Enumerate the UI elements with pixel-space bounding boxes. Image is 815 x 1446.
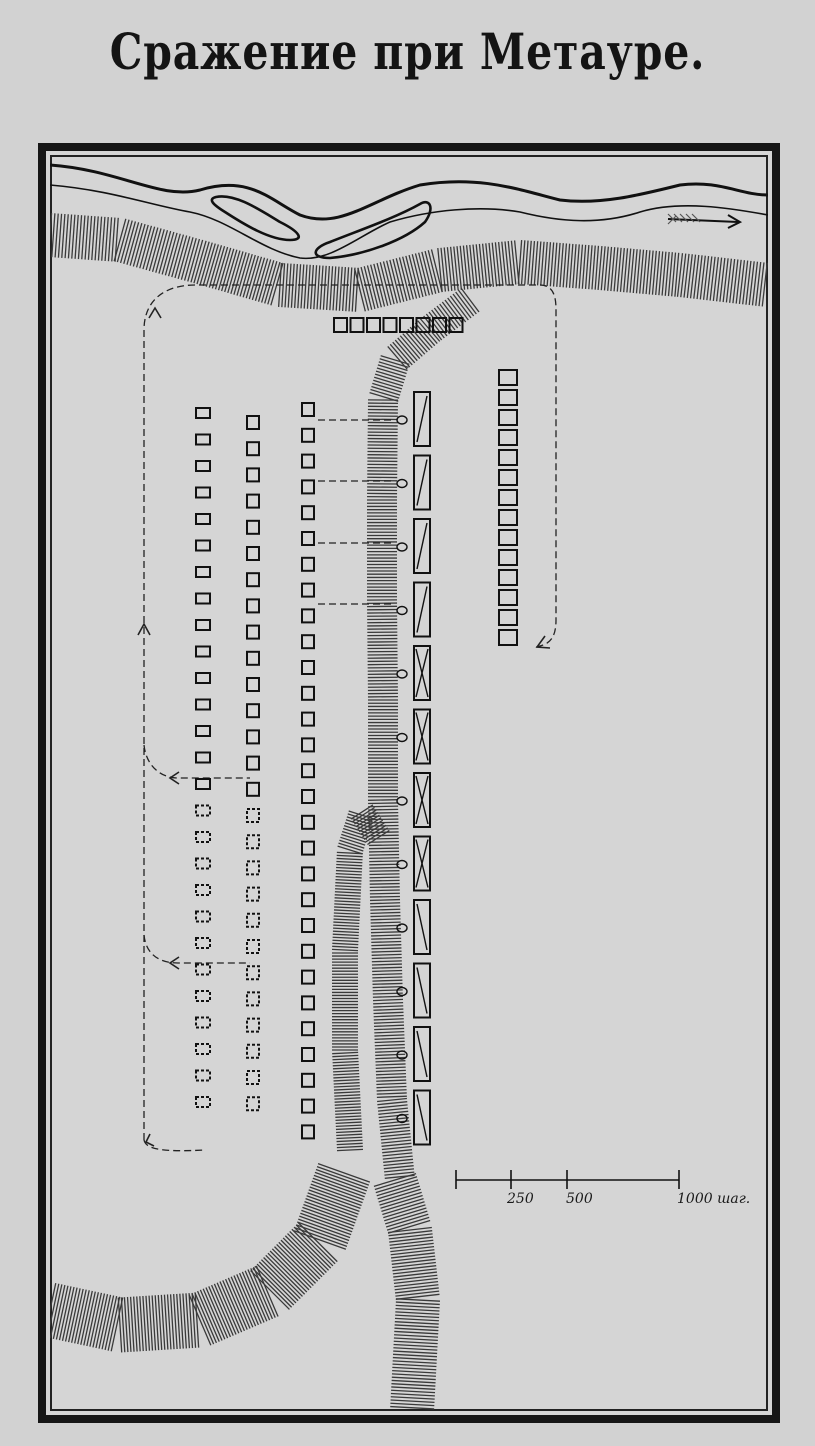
unit-left-column-b xyxy=(247,835,259,848)
flow-direction-arrow xyxy=(668,214,740,228)
unit-left-column-b xyxy=(247,626,259,639)
unit-left-column-b xyxy=(247,573,259,586)
unit-left-column-a xyxy=(196,594,210,604)
unit-left-column-b xyxy=(247,521,259,534)
unit-left-column-a xyxy=(196,488,210,498)
picket-marker xyxy=(397,607,407,615)
unit-left-column-b xyxy=(247,495,259,508)
unit-left-column-a xyxy=(196,753,210,763)
unit-left-column-c xyxy=(302,429,314,442)
unit-left-column-b xyxy=(247,442,259,455)
unit-right-column xyxy=(499,570,517,585)
unit-left-column-b xyxy=(247,914,259,927)
picket-marker xyxy=(397,480,407,488)
unit-right-column xyxy=(499,530,517,545)
unit-right-column xyxy=(499,470,517,485)
unit-left-column-c xyxy=(302,1100,314,1113)
unit-left-column-c xyxy=(302,816,314,829)
unit-left-column-c xyxy=(302,532,314,545)
picket-marker xyxy=(397,543,407,551)
unit-left-column-c xyxy=(302,1125,314,1138)
unit-top-row xyxy=(384,318,397,332)
unit-left-column-a xyxy=(196,806,210,816)
battle-map xyxy=(0,0,815,1446)
picket-marker xyxy=(397,797,407,805)
unit-left-column-c xyxy=(302,455,314,468)
picket-marker xyxy=(397,734,407,742)
unit-left-column-c xyxy=(302,1022,314,1035)
unit-left-column-a xyxy=(196,726,210,736)
unit-left-column-c xyxy=(302,996,314,1009)
unit-left-column-b xyxy=(247,704,259,717)
unit-left-column-b xyxy=(247,416,259,429)
unit-left-column-b xyxy=(247,757,259,770)
unit-left-column-b xyxy=(247,599,259,612)
unit-left-column-b xyxy=(247,468,259,481)
unit-left-column-a xyxy=(196,832,210,842)
unit-right-column xyxy=(499,450,517,465)
unit-top-row xyxy=(400,318,413,332)
unit-left-column-b xyxy=(247,861,259,874)
unit-left-column-c xyxy=(302,738,314,751)
picket-marker xyxy=(397,924,407,932)
unit-right-column xyxy=(499,590,517,605)
maneuver-routes xyxy=(144,285,556,1151)
unit-right-column xyxy=(499,390,517,405)
unit-left-column-b xyxy=(247,547,259,560)
unit-left-column-a xyxy=(196,620,210,630)
terrain-hatching xyxy=(44,213,767,1409)
unit-left-column-a xyxy=(196,435,210,445)
unit-left-column-b xyxy=(247,888,259,901)
unit-left-column-c xyxy=(302,842,314,855)
unit-left-column-c xyxy=(302,893,314,906)
unit-left-column-a xyxy=(196,514,210,524)
unit-left-column-c xyxy=(302,1048,314,1061)
unit-left-column-a xyxy=(196,541,210,551)
unit-left-column-a xyxy=(196,1044,210,1054)
map-page: Сражение при Метауре. xyxy=(0,0,815,1446)
unit-left-column-c xyxy=(302,919,314,932)
unit-left-column-c xyxy=(302,635,314,648)
unit-left-column-a xyxy=(196,779,210,789)
unit-left-column-c xyxy=(302,790,314,803)
scale-label-250: 250 xyxy=(507,1191,534,1207)
unit-left-column-c xyxy=(302,971,314,984)
unit-left-column-c xyxy=(302,661,314,674)
unit-left-column-b xyxy=(247,652,259,665)
unit-left-column-b xyxy=(247,809,259,822)
unit-left-column-a xyxy=(196,991,210,1001)
unit-left-column-b xyxy=(247,783,259,796)
unit-left-column-a xyxy=(196,1097,210,1107)
unit-right-column xyxy=(499,510,517,525)
unit-left-column-c xyxy=(302,584,314,597)
unit-left-column-a xyxy=(196,912,210,922)
unit-left-column-b xyxy=(247,730,259,743)
unit-left-column-a xyxy=(196,567,210,577)
unit-left-column-b xyxy=(247,992,259,1005)
river xyxy=(50,165,768,258)
unit-left-column-b xyxy=(247,1045,259,1058)
unit-right-column xyxy=(499,430,517,445)
unit-left-column-a xyxy=(196,1018,210,1028)
picket-marker xyxy=(397,670,407,678)
unit-right-column xyxy=(499,370,517,385)
unit-left-column-c xyxy=(302,609,314,622)
unit-left-column-c xyxy=(302,558,314,571)
unit-left-column-a xyxy=(196,647,210,657)
scale-label-500: 500 xyxy=(566,1191,593,1207)
unit-left-column-c xyxy=(302,945,314,958)
unit-left-column-b xyxy=(247,1097,259,1110)
scale-bar xyxy=(456,1170,679,1189)
unit-right-column xyxy=(499,550,517,565)
unit-left-column-a xyxy=(196,1071,210,1081)
unit-left-column-c xyxy=(302,867,314,880)
unit-left-column-a xyxy=(196,859,210,869)
unit-left-column-c xyxy=(302,403,314,416)
unit-left-column-a xyxy=(196,965,210,975)
unit-left-column-b xyxy=(247,966,259,979)
unit-left-column-b xyxy=(247,940,259,953)
unit-right-column xyxy=(499,490,517,505)
unit-left-column-a xyxy=(196,700,210,710)
picket-marker xyxy=(397,988,407,996)
unit-left-column-a xyxy=(196,938,210,948)
unit-top-row xyxy=(334,318,347,332)
unit-right-column xyxy=(499,630,517,645)
unit-left-column-a xyxy=(196,885,210,895)
unit-top-row xyxy=(351,318,364,332)
unit-left-column-a xyxy=(196,408,210,418)
unit-left-column-c xyxy=(302,480,314,493)
unit-left-column-b xyxy=(247,1071,259,1084)
unit-left-column-a xyxy=(196,461,210,471)
unit-left-column-a xyxy=(196,673,210,683)
unit-left-column-b xyxy=(247,1019,259,1032)
unit-top-row xyxy=(367,318,380,332)
picket-marker xyxy=(397,416,407,424)
unit-left-column-c xyxy=(302,764,314,777)
scale-label-1000: 1000 шаг. xyxy=(677,1191,750,1207)
unit-left-column-c xyxy=(302,687,314,700)
unit-right-column xyxy=(499,610,517,625)
unit-left-column-c xyxy=(302,1074,314,1087)
unit-left-column-b xyxy=(247,678,259,691)
unit-right-column xyxy=(499,410,517,425)
unit-left-column-c xyxy=(302,506,314,519)
troop-units xyxy=(196,318,517,1145)
unit-left-column-c xyxy=(302,713,314,726)
